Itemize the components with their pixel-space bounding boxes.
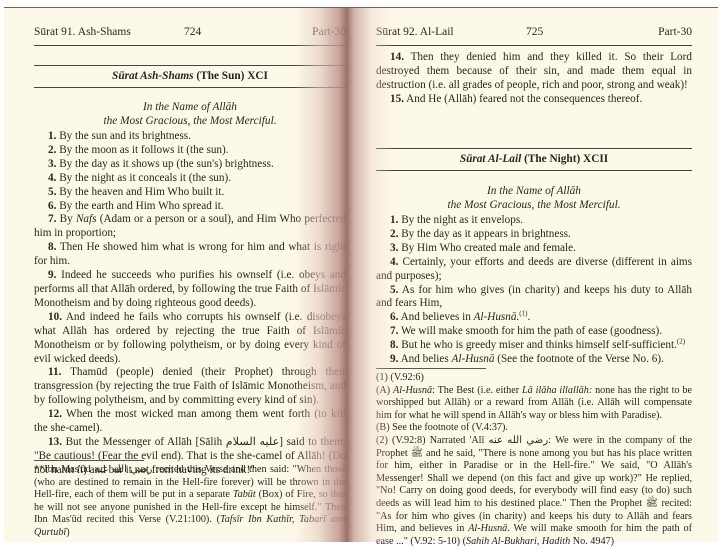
surah-title-name: Sūrat Al-Lail [460,153,521,165]
running-head: Sūrat 91. Ash-Shams 724 Part-30 [34,26,346,42]
verse: 12. When the most wicked man among them … [34,408,346,436]
verse: 5. As for him who gives (in charity) and… [376,284,692,312]
footnote-rule [34,460,144,461]
verse: 1. By the night as it envelops. [376,214,692,228]
verse: 4. By the night as it conceals it (the s… [34,172,346,186]
part-label: Part-30 [312,26,346,40]
verse: 3. By the day as it shows up (the sun's)… [34,158,346,172]
running-head: Sūrat 92. Al-Lail 725 Part-30 [376,26,692,42]
verse: 7. By Nafs (Adam or a person or a soul),… [34,213,346,241]
verse: 4. Certainly, your efforts and deeds are… [376,256,692,284]
verse: 5. By the heaven and Him Who built it. [34,186,346,200]
verse: 15. And He (Allāh) feared not the conseq… [376,93,692,107]
basmala: In the Name of Allāh the Most Gracious, … [376,184,692,212]
page-number: 725 [526,26,543,40]
surah-title: Sūrat Al-Lail (The Night) XCII [376,153,692,167]
basmala-line-2: the Most Gracious, the Most Merciful. [34,114,346,128]
footnotes: **Ibn Mas'ūd رضي الله عنه recited this V… [34,464,346,540]
basmala-line-2: the Most Gracious, the Most Merciful. [376,198,692,212]
header-rule [376,45,692,46]
footnote: (A) Al-Husnā: The Best (i.e. either Lā i… [376,385,692,423]
verse: 1. By the sun and its brightness. [34,130,346,144]
title-rule-bottom [34,87,346,88]
verse: 3. By Him Who created male and female. [376,242,692,256]
verse: 8. But he who is greedy miser and thinks… [376,339,692,353]
verse: 9. Indeed he succeeds who purifies his o… [34,269,346,311]
title-rule-top [34,65,346,66]
footnote: **Ibn Mas'ūd رضي الله عنه recited this V… [34,464,346,540]
basmala: In the Name of Allāh the Most Gracious, … [34,100,346,128]
verse: 2. By the day as it appears in brightnes… [376,228,692,242]
verse: 7. We will make smooth for him the path … [376,325,692,339]
verse: 10. And indeed he fails who corrupts his… [34,311,346,367]
open-book: Sūrat 91. Ash-Shams 724 Part-30 Sūrat As… [4,8,718,542]
basmala-line-1: In the Name of Allāh [376,184,692,198]
title-rule-bottom [376,170,692,171]
verse: 6. And believes in Al-Husnā.(1). [376,311,692,325]
header-rule [34,45,346,46]
verse: 11. Thamūd (people) denied (their Prophe… [34,366,346,408]
part-label: Part-30 [658,26,692,40]
surah-title-rest: (The Night) XCII [524,153,608,165]
footnote: (2) (V.92:8) Narrated 'Alī رضي الله عنه:… [376,435,692,548]
verse: 9. And belies Al-Husnā (See the footnote… [376,353,692,367]
title-rule-top [376,148,692,149]
footnote: (1) (V.92:6) [376,372,692,385]
left-page: Sūrat 91. Ash-Shams 724 Part-30 Sūrat As… [34,8,346,542]
verse-list: 1. By the sun and its brightness. 2. By … [34,130,346,478]
surah-title: Sūrat Ash-Shams (The Sun) XCI [34,70,346,84]
footnotes: (1) (V.92:6) (A) Al-Husnā: The Best (i.e… [376,372,692,548]
verse: 8. Then He showed him what is wrong for … [34,241,346,269]
surah-header-label: Sūrat 92. Al-Lail [376,26,454,42]
surah-header-label: Sūrat 91. Ash-Shams [34,26,131,42]
continued-verse-list: 14. Then they denied him and they killed… [376,51,692,107]
surah-title-name: Sūrat Ash-Shams [112,70,194,82]
verse-list: 1. By the night as it envelops. 2. By th… [376,214,692,367]
footnote: (B) See the footnote of (V.4:37). [376,422,692,435]
right-page: Sūrat 92. Al-Lail 725 Part-30 14. Then t… [376,8,692,542]
verse: 2. By the moon as it follows it (the sun… [34,144,346,158]
footnote-rule [376,368,486,369]
basmala-line-1: In the Name of Allāh [34,100,346,114]
verse: 14. Then they denied him and they killed… [376,51,692,93]
surah-title-rest: (The Sun) XCI [196,70,268,82]
verse: 6. By the earth and Him Who spread it. [34,200,346,214]
page-number: 724 [184,26,201,40]
